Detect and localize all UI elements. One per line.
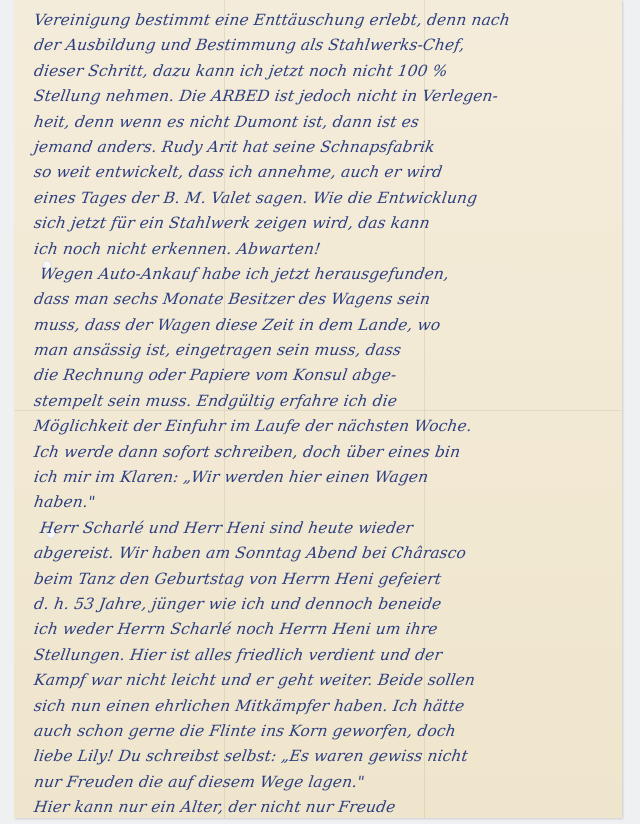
text-line: beim Tanz den Geburtstag von Herrn Heni … [32, 567, 616, 592]
text-line: liebe Lily! Du schreibst selbst: „Es war… [32, 744, 616, 769]
text-line: Herr Scharlé und Herr Heni sind heute wi… [32, 516, 616, 541]
text-line: so weit entwickelt, dass ich annehme, au… [32, 160, 616, 185]
letter-page: Vereinigung bestimmt eine Enttäuschung e… [14, 0, 622, 818]
text-line: Hier kann nur ein Alter, der nicht nur F… [32, 795, 616, 820]
text-line: stempelt sein muss. Endgültig erfahre ic… [32, 389, 616, 414]
text-line: man ansässig ist, eingetragen sein muss,… [32, 338, 616, 363]
text-line: dieser Schritt, dazu kann ich jetzt noch… [32, 59, 616, 84]
text-line: haben." [32, 490, 616, 515]
text-line: auch schon gerne die Flinte ins Korn gew… [32, 719, 616, 744]
text-line: nur Freuden die auf diesem Wege lagen." [32, 770, 616, 795]
text-line: heit, denn wenn es nicht Dumont ist, dan… [32, 110, 616, 135]
text-line: Stellung nehmen. Die ARBED ist jedoch ni… [32, 84, 616, 109]
handwritten-text: Vereinigung bestimmt eine Enttäuschung e… [34, 8, 614, 821]
text-line: eines Tages der B. M. Valet sagen. Wie d… [32, 186, 616, 211]
text-line: jemand anders. Rudy Arit hat seine Schna… [32, 135, 616, 160]
text-line: muss, dass der Wagen diese Zeit in dem L… [32, 313, 616, 338]
text-line: Ich werde dann sofort schreiben, doch üb… [32, 440, 616, 465]
text-line: Wegen Auto-Ankauf habe ich jetzt herausg… [32, 262, 616, 287]
text-line: der Ausbildung und Bestimmung als Stahlw… [32, 33, 616, 58]
text-line: abgereist. Wir haben am Sonntag Abend be… [32, 541, 616, 566]
text-line: dass man sechs Monate Besitzer des Wagen… [32, 287, 616, 312]
text-line: ich weder Herrn Scharlé noch Herrn Heni … [32, 617, 616, 642]
text-line: Stellungen. Hier ist alles friedlich ver… [32, 643, 616, 668]
text-line: sich nun einen ehrlichen Mitkämpfer habe… [32, 694, 616, 719]
text-line: Vereinigung bestimmt eine Enttäuschung e… [32, 8, 616, 33]
text-line: Kampf war nicht leicht und er geht weite… [32, 668, 616, 693]
text-line: sich jetzt für ein Stahlwerk zeigen wird… [32, 211, 616, 236]
text-line: die Rechnung oder Papiere vom Konsul abg… [32, 363, 616, 388]
text-line: Möglichkeit der Einfuhr im Laufe der näc… [32, 414, 616, 439]
text-line: ich noch nicht erkennen. Abwarten! [32, 237, 616, 262]
text-line: d. h. 53 Jahre, jünger wie ich und denno… [32, 592, 616, 617]
text-line: ich mir im Klaren: „Wir werden hier eine… [32, 465, 616, 490]
